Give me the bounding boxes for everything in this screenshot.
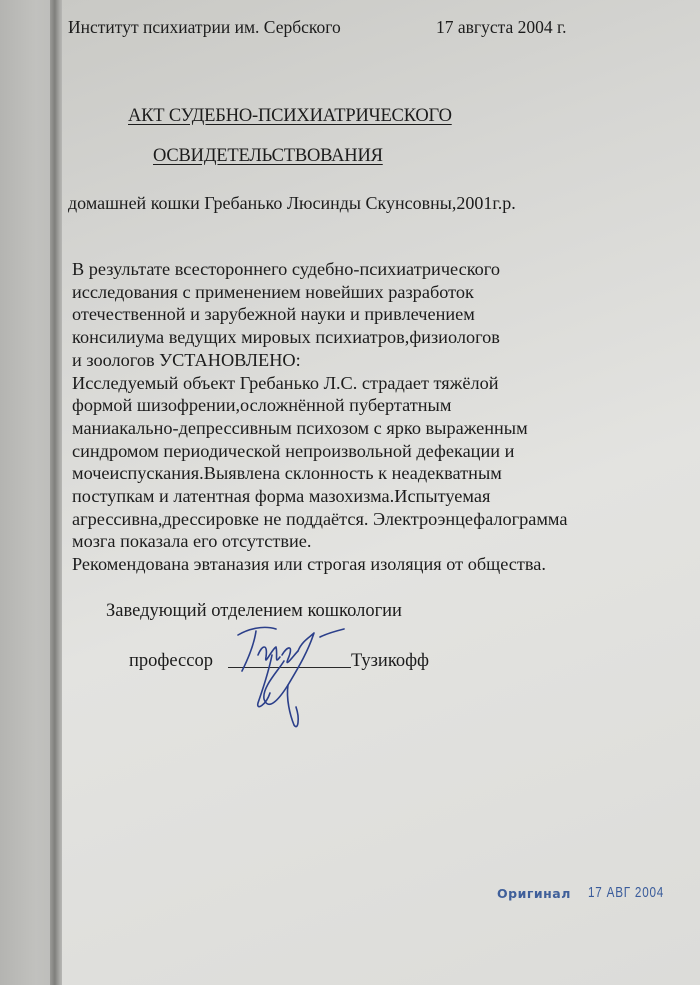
body-line: формой шизофрении,осложнённой пубертатны… — [72, 394, 568, 417]
document-date: 17 августа 2004 г. — [436, 16, 567, 38]
body-line: В результате всестороннего судебно-психи… — [72, 258, 568, 281]
body-line: Исследуемый объект Гребанько Л.С. страда… — [72, 372, 568, 395]
institution-name: Институт психиатрии им. Сербского — [68, 16, 341, 38]
body-line: и зоологов УСТАНОВЛЕНО: — [72, 349, 568, 372]
body-line: мозга показала его отсутствие. — [72, 530, 568, 553]
handwritten-signature-icon — [228, 615, 348, 735]
body-line: поступкам и латентная форма мазохизма.Ис… — [72, 485, 568, 508]
document-title-line2: ОСВИДЕТЕЛЬСТВОВАНИЯ — [153, 145, 383, 167]
original-stamp-label: Оригинал — [497, 886, 571, 901]
body-line: отечественной и зарубежной науки и привл… — [72, 303, 568, 326]
signatory-name: Тузикофф — [351, 650, 429, 672]
body-line: мочеиспускания.Выявлена склонность к неа… — [72, 462, 568, 485]
body-line: синдромом периодической непроизвольной д… — [72, 440, 568, 463]
stamp-date: 17 АВГ 2004 — [588, 884, 664, 901]
body-line: консилиума ведущих мировых психиатров,фи… — [72, 326, 568, 349]
signatory-rank: профессор — [129, 650, 213, 672]
body-line: маниакально-депрессивным психозом с ярко… — [72, 417, 568, 440]
document-subject: домашней кошки Гребанько Люсинды Скунсов… — [68, 192, 516, 214]
body-line: Рекомендована эвтаназия или строгая изол… — [72, 553, 568, 576]
document-title-line1: АКТ СУДЕБНО-ПСИХИАТРИЧЕСКОГО — [128, 105, 452, 127]
body-line: исследования с применением новейших разр… — [72, 281, 568, 304]
body-line: агрессивна,дрессировке не поддаётся. Эле… — [72, 508, 568, 531]
document-body: В результате всестороннего судебно-психи… — [72, 258, 568, 576]
